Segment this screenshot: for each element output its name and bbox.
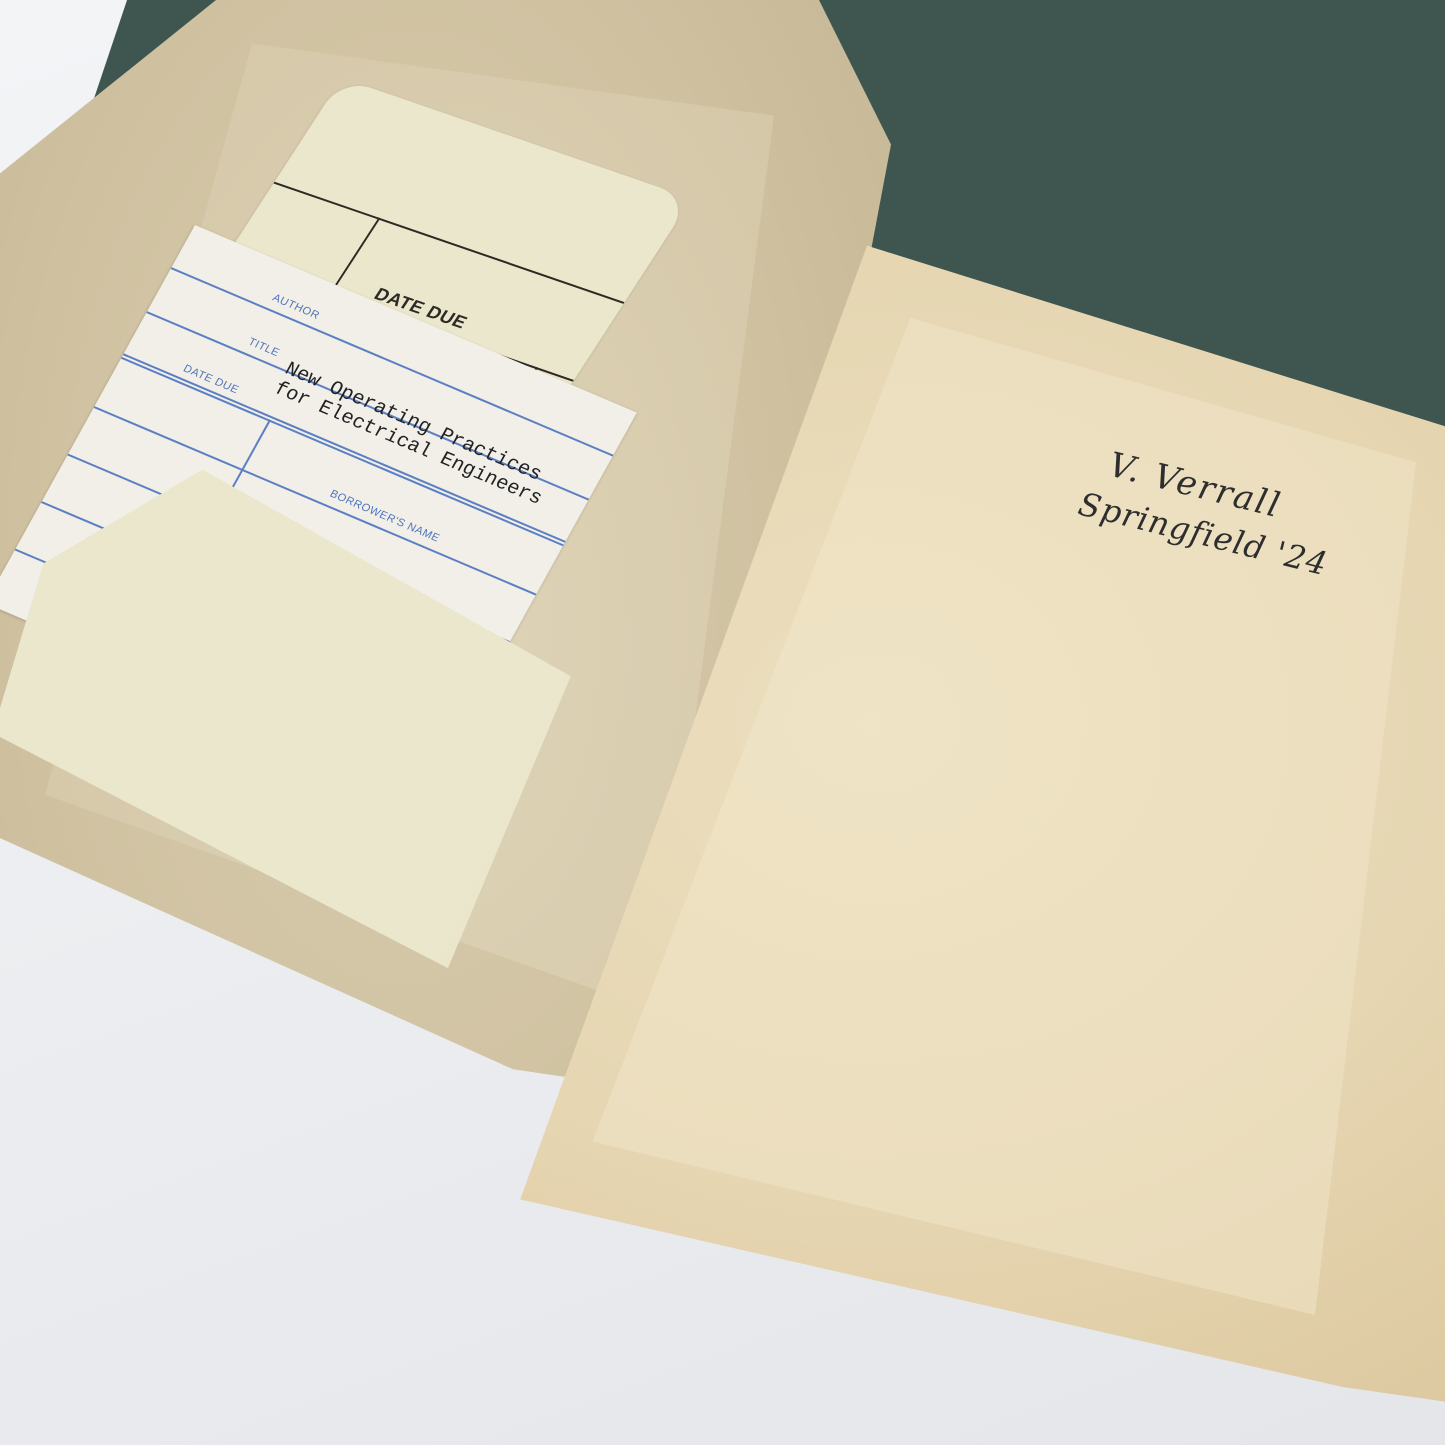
author-label: AUTHOR xyxy=(270,292,321,322)
book-title-line2: for Electrical Engineers xyxy=(270,378,546,511)
photo-scene: DATE DUE AUTHOR TITLE New Operating Prac… xyxy=(0,0,1445,1445)
borrower-name-label: BORROWER'S NAME xyxy=(328,488,442,545)
book-title-line1: New Operating Practices xyxy=(280,358,545,486)
